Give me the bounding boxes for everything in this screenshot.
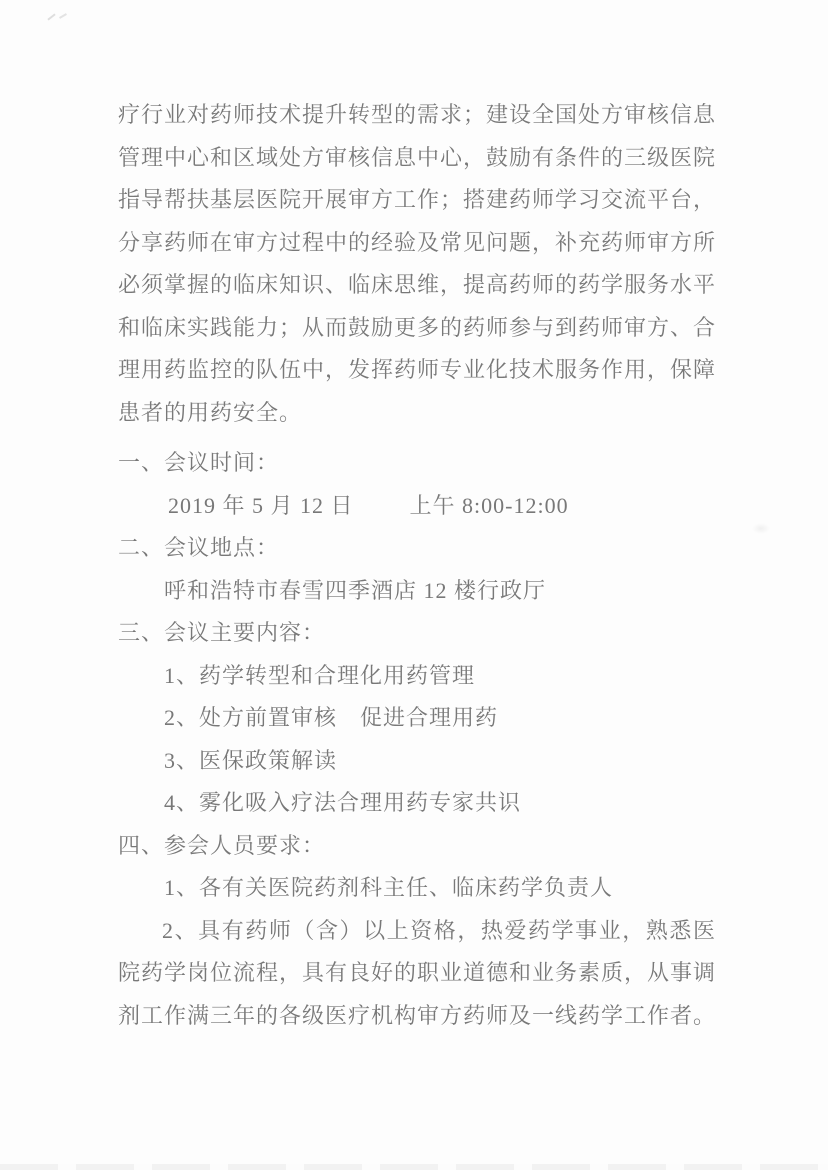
scan-artifact-mark [46, 13, 74, 27]
meeting-date: 2019 年 5 月 12 日 [168, 493, 354, 518]
paragraph-line: 理用药监控的队伍中，发挥药师专业化技术服务作用，保障 [118, 349, 715, 392]
section-heading-meeting-location: 二、会议地点： [118, 527, 715, 570]
attendee-item-2-line: 剂工作满三年的各级医疗机构审方药师及一线药学工作者。 [118, 995, 715, 1038]
section-heading-attendee-requirements: 四、参会人员要求： [118, 825, 715, 868]
attendee-item-1: 1、各有关医院药剂科主任、临床药学负责人 [118, 867, 715, 910]
agenda-item-1: 1、药学转型和合理化用药管理 [118, 655, 715, 698]
agenda-item-2: 2、处方前置审核 促进合理用药 [118, 697, 715, 740]
paragraph-line: 指导帮扶基层医院开展审方工作；搭建药师学习交流平台， [118, 179, 715, 222]
document-text-block: 疗行业对药师技术提升转型的需求；建设全国处方审核信息 管理中心和区域处方审核信息… [118, 94, 715, 1037]
meeting-date-line: 2019 年 5 月 12 日上午 8:00-12:00 [118, 485, 715, 528]
meeting-venue: 呼和浩特市春雪四季酒店 12 楼行政厅 [118, 570, 715, 613]
paragraph-line: 必须掌握的临床知识、临床思维，提高药师的药学服务水平 [118, 264, 715, 307]
scan-edge-bottom [0, 1164, 828, 1170]
paragraph-line: 和临床实践能力；从而鼓励更多的药师参与到药师审方、合 [118, 307, 715, 350]
scanned-document-page: 疗行业对药师技术提升转型的需求；建设全国处方审核信息 管理中心和区域处方审核信息… [0, 0, 828, 1170]
meeting-time-range: 上午 8:00-12:00 [410, 493, 569, 518]
paragraph-line: 患者的用药安全。 [118, 392, 715, 435]
paragraph-line: 分享药师在审方过程中的经验及常见问题，补充药师审方所 [118, 222, 715, 265]
attendee-item-2-line: 2、具有药师（含）以上资格，热爱药学事业，熟悉医 [118, 910, 715, 953]
scan-artifact-smudge [752, 523, 770, 534]
section-heading-meeting-time: 一、会议时间： [118, 442, 715, 485]
agenda-item-4: 4、雾化吸入疗法合理用药专家共识 [118, 782, 715, 825]
agenda-item-3: 3、医保政策解读 [118, 740, 715, 783]
paragraph-line: 疗行业对药师技术提升转型的需求；建设全国处方审核信息 [118, 94, 715, 137]
paragraph-line: 管理中心和区域处方审核信息中心，鼓励有条件的三级医院 [118, 137, 715, 180]
attendee-item-2-line: 院药学岗位流程，具有良好的职业道德和业务素质，从事调 [118, 952, 715, 995]
section-heading-meeting-agenda: 三、会议主要内容： [118, 612, 715, 655]
